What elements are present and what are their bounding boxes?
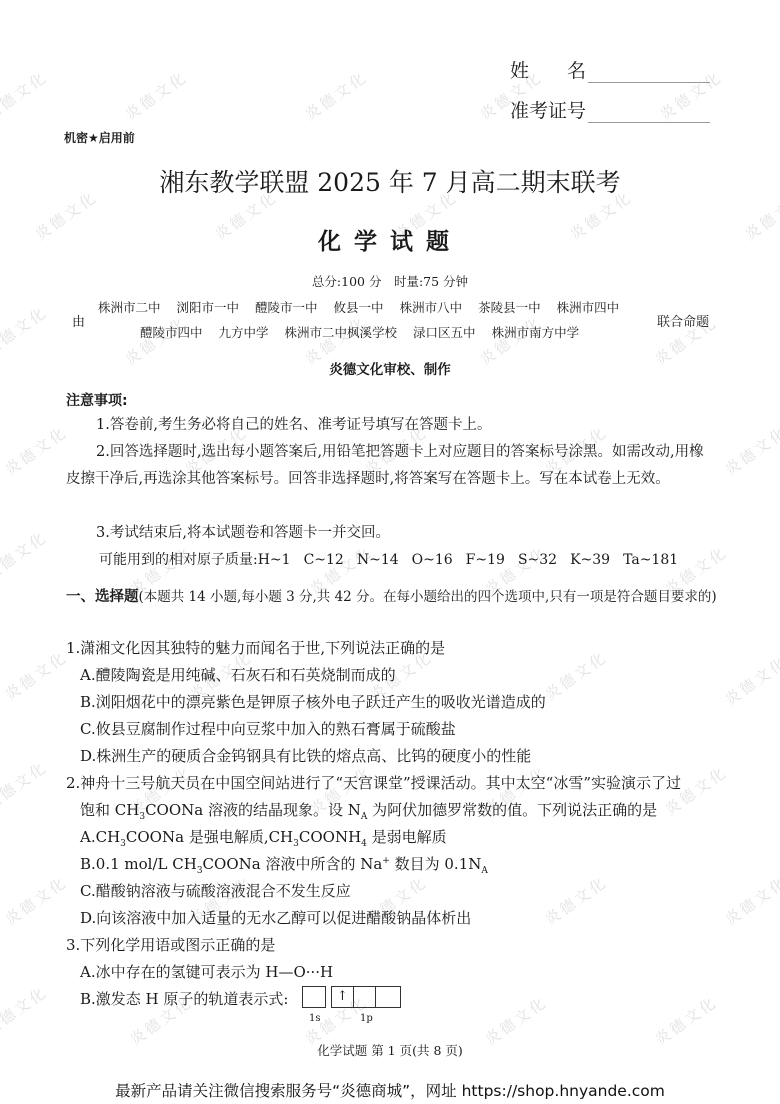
question-2-stem-line-1: 2.神舟十三号航天员在中国空间站进行了“天宫课堂”授课活动。其中太空“冰雪”实验…	[66, 772, 681, 793]
text: B.0.1 mol/L CH	[80, 855, 197, 873]
school-name: 株洲市南方中学	[492, 325, 580, 340]
atomic-mass-label: 可能用到的相对原子质量:	[99, 552, 258, 568]
superscript: +	[382, 856, 390, 866]
question-2-option-b: B.0.1 mol/L CH3COONa 溶液中所含的 Na+ 数目为 0.1N…	[80, 853, 488, 874]
orbital-box-1s	[302, 986, 326, 1008]
question-2-option-c: C.醋酸钠溶液与硫酸溶液混合不发生反应	[80, 880, 351, 901]
text: 数目为 0.1N	[390, 855, 482, 873]
text: A.CH	[80, 828, 120, 846]
exam-title: 湘东教学联盟 2025 年 7 月高二期末联考	[0, 163, 780, 199]
question-1-option-b: B.浏阳烟花中的漂亮紫色是钾原子核外电子跃迁产生的吸收光谱造成的	[80, 691, 546, 712]
score-time-info: 总分:100 分 时量:75 分钟	[0, 272, 780, 290]
up-arrow-icon: ↑	[332, 987, 354, 1007]
notice-item-1: 1.答卷前,考生务必将自己的姓名、准考证号填写在答题卡上。	[66, 412, 718, 439]
text: COONa 是强电解质,CH	[126, 828, 293, 846]
notice-item-2: 2.回答选择题时,选出每小题答案后,用铅笔把答题卡上对应题目的答案标号涂黑。如需…	[66, 439, 718, 493]
school-name: 攸县一中	[334, 300, 384, 315]
atomic-mass: N~14	[357, 552, 399, 568]
exam-id-label: 准考证号	[510, 100, 586, 122]
orbital-cell	[376, 987, 398, 1007]
by-label: 由	[72, 311, 85, 330]
question-2-option-d: D.向该溶液中加入适量的无水乙醇可以促进醋酸钠晶体析出	[80, 907, 471, 928]
question-2-stem-line-2: 饱和 CH3COONa 溶液的结晶现象。设 NA 为阿伏加德罗常数的值。下列说法…	[80, 799, 657, 820]
question-1-stem: 1.潇湘文化因其独特的魅力而闻名于世,下列说法正确的是	[66, 637, 445, 658]
watermark: 炎德文化	[0, 66, 52, 125]
watermark: 炎德文化	[720, 871, 780, 930]
section-header: 一、选择题(本题共 14 小题,每小题 3 分,共 42 分。在每小题给出的四个…	[66, 584, 718, 611]
watermark: 炎德文化	[540, 871, 611, 930]
name-field: 姓 名	[510, 56, 710, 83]
watermark: 炎德文化	[720, 421, 780, 480]
watermark: 炎德文化	[540, 646, 611, 705]
question-2-option-a: A.CH3COONa 是强电解质,CH3COONH4 是弱电解质	[80, 826, 447, 847]
school-name: 株洲市二中枫溪学校	[285, 325, 398, 340]
watermark: 炎德文化	[0, 646, 71, 705]
schools-row-1: 株洲市二中浏阳市一中醴陵市一中攸县一中株洲市八中茶陵县一中株洲市四中	[98, 298, 619, 316]
orbital-box-1p: ↑	[331, 986, 401, 1008]
orbital-label-1s: 1s	[309, 1013, 321, 1024]
name-blank	[588, 62, 710, 83]
orbital-label-1p: 1p	[360, 1013, 373, 1024]
notice-title: 注意事项:	[66, 390, 128, 410]
watermark: 炎德文化	[0, 871, 71, 930]
schools-row-2: 醴陵市四中九方中学株洲市二中枫溪学校渌口区五中株洲市南方中学	[140, 323, 579, 341]
watermark: 炎德文化	[0, 981, 52, 1040]
atomic-mass: F~19	[466, 552, 505, 568]
school-name: 株洲市二中	[98, 300, 161, 315]
atomic-mass: S~32	[518, 552, 557, 568]
atomic-mass-line: 可能用到的相对原子质量:H~1C~12N~14O~16F~19S~32K~39T…	[99, 549, 678, 569]
question-3-stem: 3.下列化学用语或图示正确的是	[66, 934, 275, 955]
watermark: 炎德文化	[720, 651, 780, 710]
atomic-mass: H~1	[258, 552, 291, 568]
confidential-label: 机密★启用前	[64, 129, 135, 146]
school-name: 浏阳市一中	[177, 300, 240, 315]
question-1-option-a: A.醴陵陶瓷是用纯碱、石灰石和石英烧制而成的	[80, 664, 396, 685]
subject-title: 化学试题	[0, 223, 780, 256]
watermark: 炎德文化	[0, 526, 52, 585]
text: 为阿伏加德罗常数的值。下列说法正确的是	[367, 801, 657, 819]
school-name: 茶陵县一中	[478, 300, 541, 315]
question-3-option-a: A.冰中存在的氢键可表示为 H—O···H	[80, 961, 333, 982]
subscript: A	[481, 866, 488, 876]
atomic-mass: Ta~181	[623, 552, 678, 568]
question-1-option-d: D.株洲生产的硬质合金钨钢具有比铁的熔点高、比钨的硬度小的性能	[80, 745, 531, 766]
school-name: 株洲市八中	[400, 300, 463, 315]
section-title: 一、选择题	[66, 589, 139, 605]
school-name: 九方中学	[219, 325, 269, 340]
atomic-mass: O~16	[412, 552, 453, 568]
atomic-mass: K~39	[570, 552, 610, 568]
text: COONa 溶液中所含的 Na	[203, 855, 383, 873]
watermark: 炎德文化	[0, 421, 71, 480]
section-description: (本题共 14 小题,每小题 3 分,共 42 分。在每小题给出的四个选项中,只…	[139, 589, 717, 605]
joint-label: 联合命题	[657, 311, 709, 330]
made-by-label: 炎德文化审校、制作	[0, 358, 780, 378]
name-label: 姓 名	[510, 60, 586, 82]
text: COONH	[299, 828, 361, 846]
orbital-cell	[303, 987, 325, 1007]
question-1-option-c: C.攸县豆腐制作过程中向豆浆中加入的熟石膏属于硫酸盐	[80, 718, 456, 739]
promo-banner: 最新产品请关注微信搜索服务号“炎德商城”，网址 https://shop.hny…	[0, 1079, 780, 1101]
orbital-cell	[354, 987, 376, 1007]
question-3-option-b: B.激发态 H 原子的轨道表示式:	[80, 988, 288, 1009]
school-name: 醴陵市一中	[255, 300, 318, 315]
page-footer: 化学试题 第 1 页(共 8 页)	[0, 1041, 780, 1059]
school-name: 株洲市四中	[557, 300, 620, 315]
school-name: 醴陵市四中	[140, 325, 203, 340]
exam-id-field: 准考证号	[510, 96, 710, 123]
text: 是弱电解质	[367, 828, 447, 846]
watermark: 炎德文化	[300, 66, 371, 125]
watermark: 炎德文化	[120, 66, 191, 125]
exam-id-blank	[588, 102, 710, 123]
notice-item-3: 3.考试结束后,将本试题卷和答题卡一并交回。	[66, 520, 718, 547]
atomic-mass: C~12	[304, 552, 344, 568]
text: 饱和 CH	[80, 801, 139, 819]
watermark: 炎德文化	[0, 756, 52, 815]
school-name: 渌口区五中	[413, 325, 476, 340]
watermark: 炎德文化	[0, 301, 52, 360]
text: COONa 溶液的结晶现象。设 N	[145, 801, 361, 819]
